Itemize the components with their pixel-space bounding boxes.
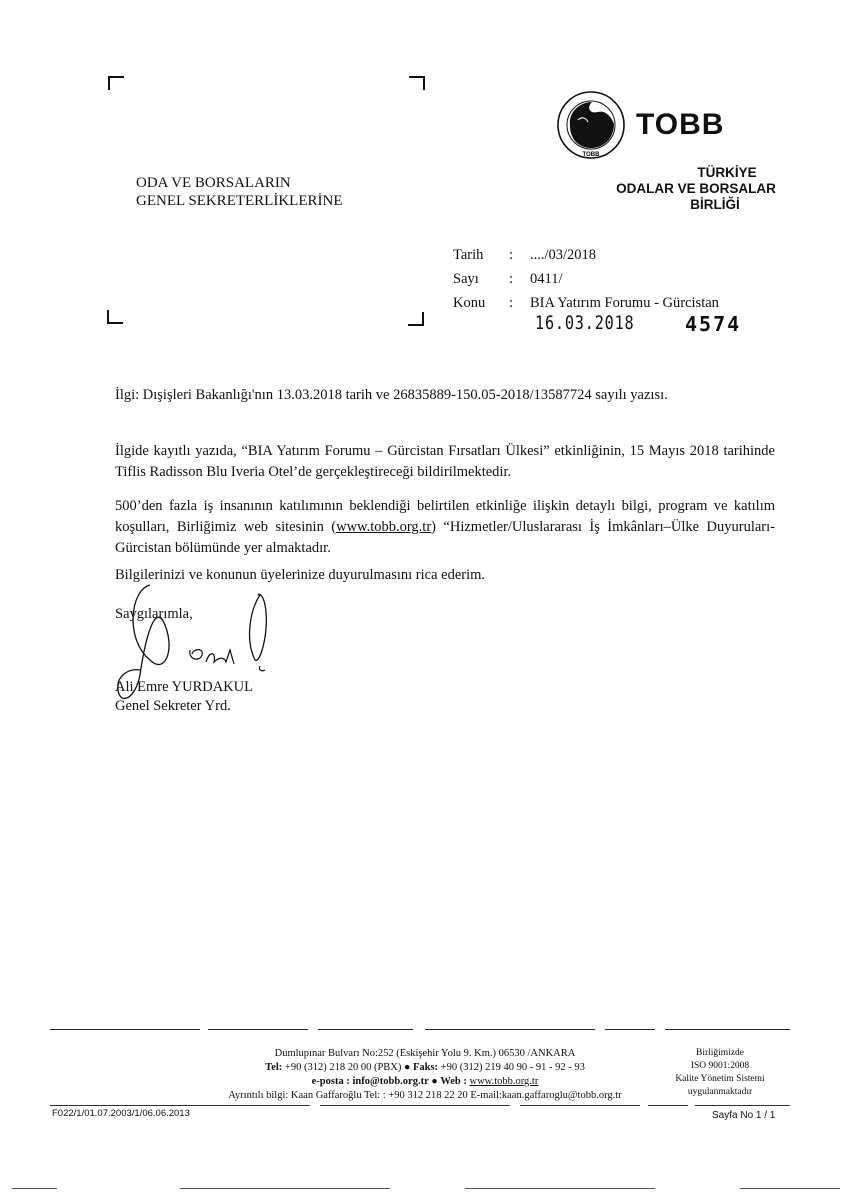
tobb-seal-icon: TOBB — [556, 90, 626, 160]
fax-value: +90 (312) 219 40 90 - 91 - 92 - 93 — [441, 1062, 585, 1073]
iso-line: uygulanmaktadır — [650, 1086, 790, 1099]
address-window-corner-bottom-left — [107, 310, 123, 324]
bullet-icon: ● — [404, 1062, 410, 1073]
footer-rule — [320, 1105, 510, 1106]
website-link[interactable]: www.tobb.org.tr — [336, 519, 431, 535]
email-label: e-posta : — [312, 1076, 350, 1087]
signer-name: Ali Emre YURDAKUL — [115, 678, 253, 697]
document-meta: Tarih : ..../03/2018 Sayı : 0411/ Konu :… — [453, 243, 719, 315]
footer-email-web: e-posta : info@tobb.org.tr ● Web : www.t… — [190, 1075, 660, 1089]
stamp-date: 16.03.2018 — [535, 312, 635, 334]
scan-edge-line — [180, 1188, 390, 1189]
footer-detail-contact: Ayrıntılı bilgi: Kaan Gaffaroğlu Tel: : … — [190, 1089, 660, 1103]
org-full-name: TÜRKİYE ODALAR VE BORSALAR BİRLİĞİ — [596, 165, 796, 213]
stamp-number: 4574 — [685, 312, 741, 336]
scan-edge-line — [740, 1188, 840, 1189]
recipient-line: ODA VE BORSALARIN — [136, 174, 343, 192]
org-abbreviation: TOBB — [636, 108, 724, 142]
footer-phone-fax: Tel: +90 (312) 218 20 00 (PBX) ● Faks: +… — [190, 1061, 660, 1075]
footer-rule — [520, 1105, 640, 1106]
footer-contact: Dumlupınar Bulvarı No:252 (Eskişehir Yol… — [190, 1047, 660, 1103]
org-name-line: TÜRKİYE — [596, 165, 796, 181]
web-label: Web : — [440, 1076, 467, 1087]
org-name-line: ODALAR VE BORSALAR — [596, 181, 796, 197]
iso-line: Birliğimizde — [650, 1047, 790, 1060]
body-paragraph-2: 500’den fazla iş insanının katılımının b… — [115, 496, 775, 559]
meta-separator: : — [509, 243, 530, 267]
web-link[interactable]: www.tobb.org.tr — [470, 1076, 539, 1087]
iso-line: ISO 9001:2008 — [650, 1060, 790, 1073]
meta-row-number: Sayı : 0411/ — [453, 267, 719, 291]
signer-title: Genel Sekreter Yrd. — [115, 697, 253, 716]
meta-row-date: Tarih : ..../03/2018 — [453, 243, 719, 267]
scan-edge-line — [465, 1188, 655, 1189]
address-window-corner-bottom-right — [408, 312, 424, 326]
meta-value: ..../03/2018 — [530, 243, 596, 267]
address-window-corner-top-right — [409, 76, 425, 90]
fax-label: Faks: — [413, 1062, 438, 1073]
meta-separator: : — [509, 291, 530, 315]
meta-label: Tarih — [453, 243, 509, 267]
footer-rule — [648, 1105, 688, 1106]
meta-label: Sayı — [453, 267, 509, 291]
meta-label: Konu — [453, 291, 509, 315]
iso-line: Kalite Yönetim Sistemi — [650, 1073, 790, 1086]
bullet-icon: ● — [431, 1076, 437, 1087]
tel-value: +90 (312) 218 20 00 (PBX) — [285, 1062, 401, 1073]
form-code: F022/1/01.07.2003/1/06.06.2013 — [52, 1108, 190, 1119]
scan-edge-line — [12, 1188, 57, 1189]
footer-divider — [50, 1029, 790, 1032]
body-paragraph-1: İlgide kayıtlı yazıda, “BIA Yatırım Foru… — [115, 441, 775, 483]
page-number: Sayfa No 1 / 1 — [712, 1110, 775, 1121]
tel-label: Tel: — [265, 1062, 282, 1073]
reference-line: İlgi: Dışişleri Bakanlığı'nın 13.03.2018… — [115, 385, 775, 406]
signer-block: Ali Emre YURDAKUL Genel Sekreter Yrd. — [115, 678, 253, 716]
svg-text:TOBB: TOBB — [583, 152, 601, 158]
recipient-block: ODA VE BORSALARIN GENEL SEKRETERLİKLERİN… — [136, 174, 343, 210]
footer-address: Dumlupınar Bulvarı No:252 (Eskişehir Yol… — [190, 1047, 660, 1061]
recipient-line: GENEL SEKRETERLİKLERİNE — [136, 192, 343, 210]
footer-rule — [50, 1105, 310, 1106]
meta-value: 0411/ — [530, 267, 563, 291]
org-name-line: BİRLİĞİ — [596, 197, 796, 213]
email-value[interactable]: info@tobb.org.tr — [352, 1076, 428, 1087]
meta-separator: : — [509, 267, 530, 291]
address-window-corner-top-left — [108, 76, 124, 90]
footer-rule — [695, 1105, 790, 1106]
iso-notice: Birliğimizde ISO 9001:2008 Kalite Yöneti… — [650, 1047, 790, 1099]
